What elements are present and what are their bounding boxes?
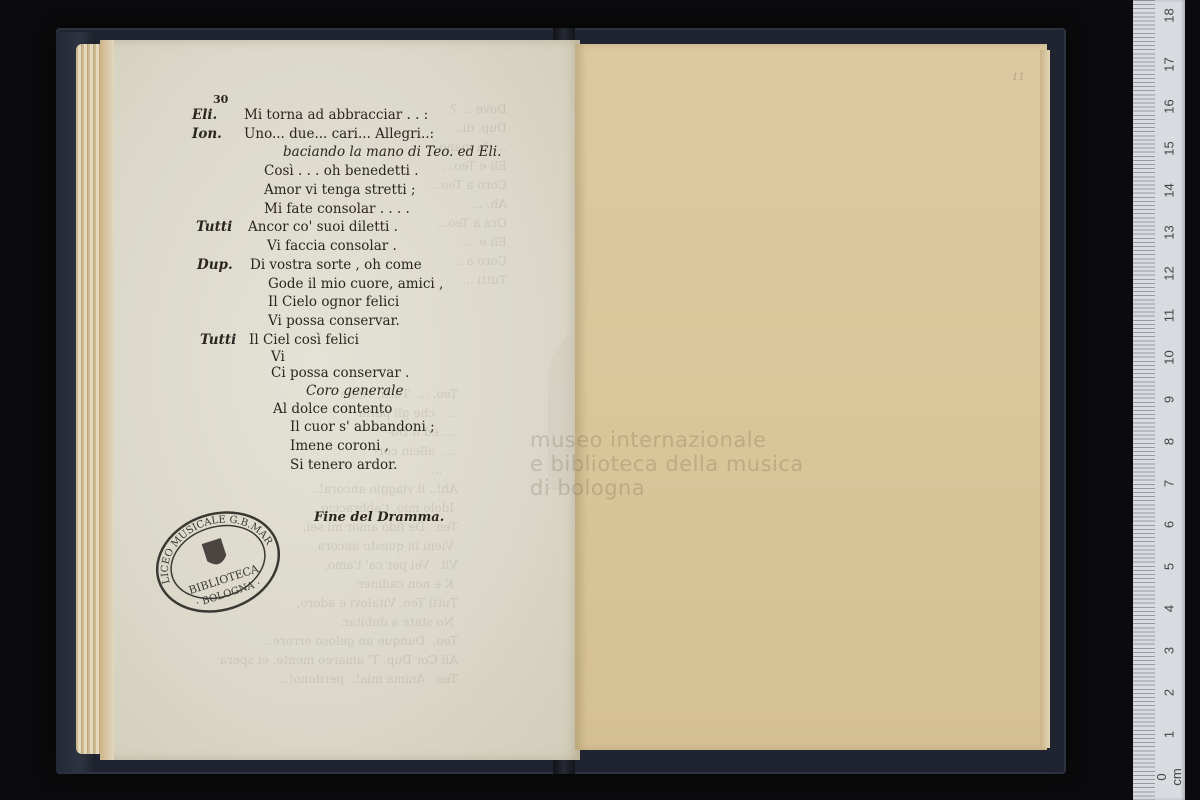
ruler-label: 6 [1162,513,1177,537]
ruler-label: 2 [1162,681,1177,705]
coat-of-arms-icon [202,538,228,567]
stage-direction: baciando la mano di Teo. ed Eli. [283,143,501,163]
ruler-label: 4 [1162,597,1177,621]
verse-line: Così . . . oh benedetti . [264,162,419,182]
watermark-line: e biblioteca della musica [530,452,804,476]
verse-line: Uno... due... cari... Allegri..: [244,125,434,145]
ruler-label: 15 [1162,137,1177,161]
museum-watermark: museo internazionale e biblioteca della … [530,428,804,500]
verse-line: Il Cielo ognor felici [268,293,399,313]
verse-line: Vi possa conservar. [268,312,400,332]
verse-line: Mi torna ad abbracciar . . : [244,106,428,126]
verse-line: Gode il mio cuore, amici , [268,275,443,295]
verse-line: Amor vi tenga stretti ; [264,181,416,201]
watermark-line: di bologna [530,476,804,500]
printed-text: 30 Eli. Mi torna ad abbracciar . . : Ion… [0,0,1200,800]
ruler-label: 13 [1162,221,1177,245]
verse-line: Al dolce contento [273,400,392,420]
stage-direction: Coro generale [306,382,403,402]
verse-line: Il Ciel così felici [249,331,359,351]
verse-line: Mi fate consolar . . . . [264,200,410,220]
ruler-label: 8 [1162,430,1177,454]
ruler-ticks [1133,0,1155,800]
ruler-label: 3 [1162,639,1177,663]
ruler-label: 16 [1162,95,1177,119]
verse-line: Si tenero ardor. [290,456,397,476]
verse-line: Vi faccia consolar . [267,237,397,257]
verse-line: Imene coroni , [290,437,389,457]
ruler-label: 10 [1162,346,1177,370]
watermark-line: museo internazionale [530,428,804,452]
ruler-label: 0 cm [1154,765,1184,789]
ruler-label: 17 [1162,53,1177,77]
end-of-drama: Fine del Dramma. [314,508,444,528]
verse-line: Il cuor s' abbandoni ; [290,418,435,438]
ruler-label: 1 [1162,723,1177,747]
ruler-label: 5 [1162,555,1177,579]
speaker-label: Ion. [192,125,222,145]
ruler-label: 11 [1162,304,1177,328]
verse-line: Ci possa conservar . [271,364,409,384]
speaker-label: Tutti [196,218,232,238]
speaker-label: Tutti [200,331,236,351]
ruler-label: 18 [1162,4,1177,28]
measurement-ruler: 0 cm 1 2 3 4 5 6 7 8 9 10 11 12 13 14 15… [1133,0,1185,800]
speaker-label: Dup. [197,256,233,276]
ruler-label: 7 [1162,472,1177,496]
verse-line: Di vostra sorte , oh come [250,256,422,276]
ruler-label: 14 [1162,179,1177,203]
verse-line: Ancor co' suoi diletti . [248,218,398,238]
speaker-label: Eli. [192,106,217,126]
ruler-label: 12 [1162,262,1177,286]
ruler-label: 9 [1162,388,1177,412]
